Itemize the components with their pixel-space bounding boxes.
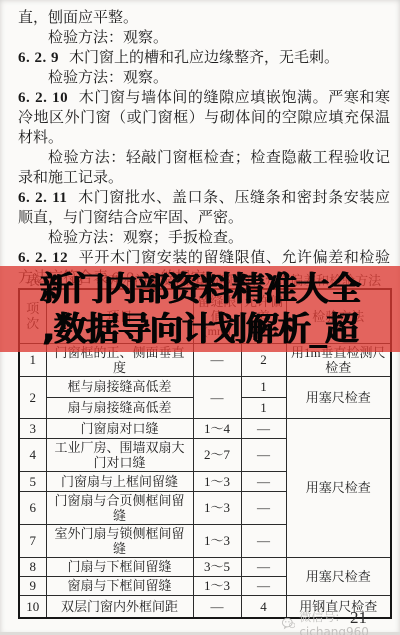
table-cell: 9 — [19, 576, 46, 595]
table-cell: 1～4 — [193, 418, 241, 438]
paragraph-text: 检验方法：观察。 — [48, 30, 168, 46]
table-cell: 工业厂房、围墙双扇大门对口缝 — [46, 438, 193, 471]
wechat-icon — [282, 617, 295, 630]
paragraph: 检验方法：轻敲门窗框检查；检查隐蔽工程验收记录和施工记录。 — [18, 148, 390, 188]
table-cell: 10 — [19, 595, 46, 618]
paragraph-text: 检验方法：轻敲门窗框检查；检查隐蔽工程验收记录和施工记录。 — [18, 150, 390, 186]
table-row: 2框与扇接缝高低差—1用塞尺检查 — [19, 376, 391, 397]
wechat-watermark: 微信号: cichang960 — [282, 608, 400, 635]
paragraph-text: 木门窗上的槽和孔应边缘整齐，无毛刺。 — [69, 50, 339, 66]
table-cell: 门窗扇与上框间留缝 — [46, 471, 193, 491]
clause-number: 6. 2. 10 — [18, 90, 78, 106]
table-cell: 4 — [241, 595, 286, 618]
table-cell: 门窗扇与合页侧框间留缝 — [46, 491, 193, 524]
clause-number: 6. 2. 11 — [18, 190, 77, 206]
table-cell: 3 — [19, 418, 46, 438]
table-cell: 框与扇接缝高低差 — [46, 376, 193, 397]
paragraph: 检验方法：观察。 — [18, 68, 390, 88]
table-cell: 扇与扇接缝高低差 — [46, 397, 193, 418]
table-cell: 3～5 — [193, 557, 241, 576]
table-cell: — — [241, 491, 286, 524]
paragraph: 直，刨面应平整。 — [18, 8, 390, 28]
table-cell: 2～7 — [193, 438, 241, 471]
table-cell: — — [241, 524, 286, 557]
table-cell: — — [241, 438, 286, 471]
table-cell: 室外门扇与锁侧框间留缝 — [46, 524, 193, 557]
table-row: 3门窗扇对口缝1～4—用塞尺检查 — [19, 418, 391, 438]
paragraph: 6. 2. 10木门窗与墙体间的缝隙应填嵌饱满。严寒和寒冷地区外门窗（或门窗框）… — [18, 88, 390, 148]
table-cell: — — [241, 576, 286, 595]
paragraph-text: 检验方法：观察。 — [48, 70, 168, 86]
spam-ad-overlay-banner[interactable]: 新门内部资料精准大全 ,数据导向计划解析_超 — [0, 266, 400, 352]
table-row: 8门扇与下框间留缝3～5—用塞尺检查 — [19, 557, 391, 576]
table-cell: 7 — [19, 524, 46, 557]
watermark-text: 微信号: cichang960 — [299, 608, 400, 635]
clause-number: 6. 2. 12 — [18, 250, 78, 266]
table-cell: 1 — [241, 397, 286, 418]
paragraph: 检验方法：观察；手扳检查。 — [18, 228, 390, 248]
table-cell: 1～3 — [193, 471, 241, 491]
table-cell: 窗扇与下框间留缝 — [46, 576, 193, 595]
table-cell: 5 — [19, 471, 46, 491]
table-cell: — — [193, 595, 241, 618]
paragraph-text: 直，刨面应平整。 — [18, 10, 138, 26]
ad-banner-line1: 新门内部资料精准大全 — [40, 269, 360, 309]
paragraph: 6. 2. 9木门窗上的槽和孔应边缘整齐，无毛刺。 — [18, 48, 390, 68]
paragraph-text: 检验方法：观察；手扳检查。 — [48, 230, 243, 246]
scanned-document-page: 直，刨面应平整。检验方法：观察。6. 2. 9木门窗上的槽和孔应边缘整齐，无毛刺… — [0, 0, 400, 635]
table-cell: 门窗扇对口缝 — [46, 418, 193, 438]
table-cell: 4 — [19, 438, 46, 471]
table-cell: — — [241, 557, 286, 576]
table-cell: — — [241, 471, 286, 491]
table-cell: 1～3 — [193, 524, 241, 557]
paragraph: 6. 2. 11木门窗批水、盖口条、压缝条和密封条安装应顺直，与门窗结合应牢固、… — [18, 188, 390, 228]
table-cell: 用塞尺检查 — [286, 376, 391, 418]
table-cell: 2 — [19, 376, 46, 418]
table-cell: 1～3 — [193, 576, 241, 595]
table-cell: 1 — [241, 376, 286, 397]
ad-banner-line2: ,数据导向计划解析_超 — [42, 309, 357, 349]
document-body-text: 直，刨面应平整。检验方法：观察。6. 2. 9木门窗上的槽和孔应边缘整齐，无毛刺… — [18, 8, 390, 288]
table-cell: — — [241, 418, 286, 438]
table-cell: — — [193, 376, 241, 418]
clause-number: 6. 2. 9 — [18, 50, 69, 66]
table-cell: 6 — [19, 491, 46, 524]
table-cell: 8 — [19, 557, 46, 576]
table-cell: 用塞尺检查 — [286, 557, 391, 595]
table-cell: 门扇与下框间留缝 — [46, 557, 193, 576]
table-cell: 1～3 — [193, 491, 241, 524]
paragraph: 检验方法：观察。 — [18, 28, 390, 48]
table-cell: 双层门窗内外框间距 — [46, 595, 193, 618]
table-cell: 用塞尺检查 — [286, 418, 391, 557]
